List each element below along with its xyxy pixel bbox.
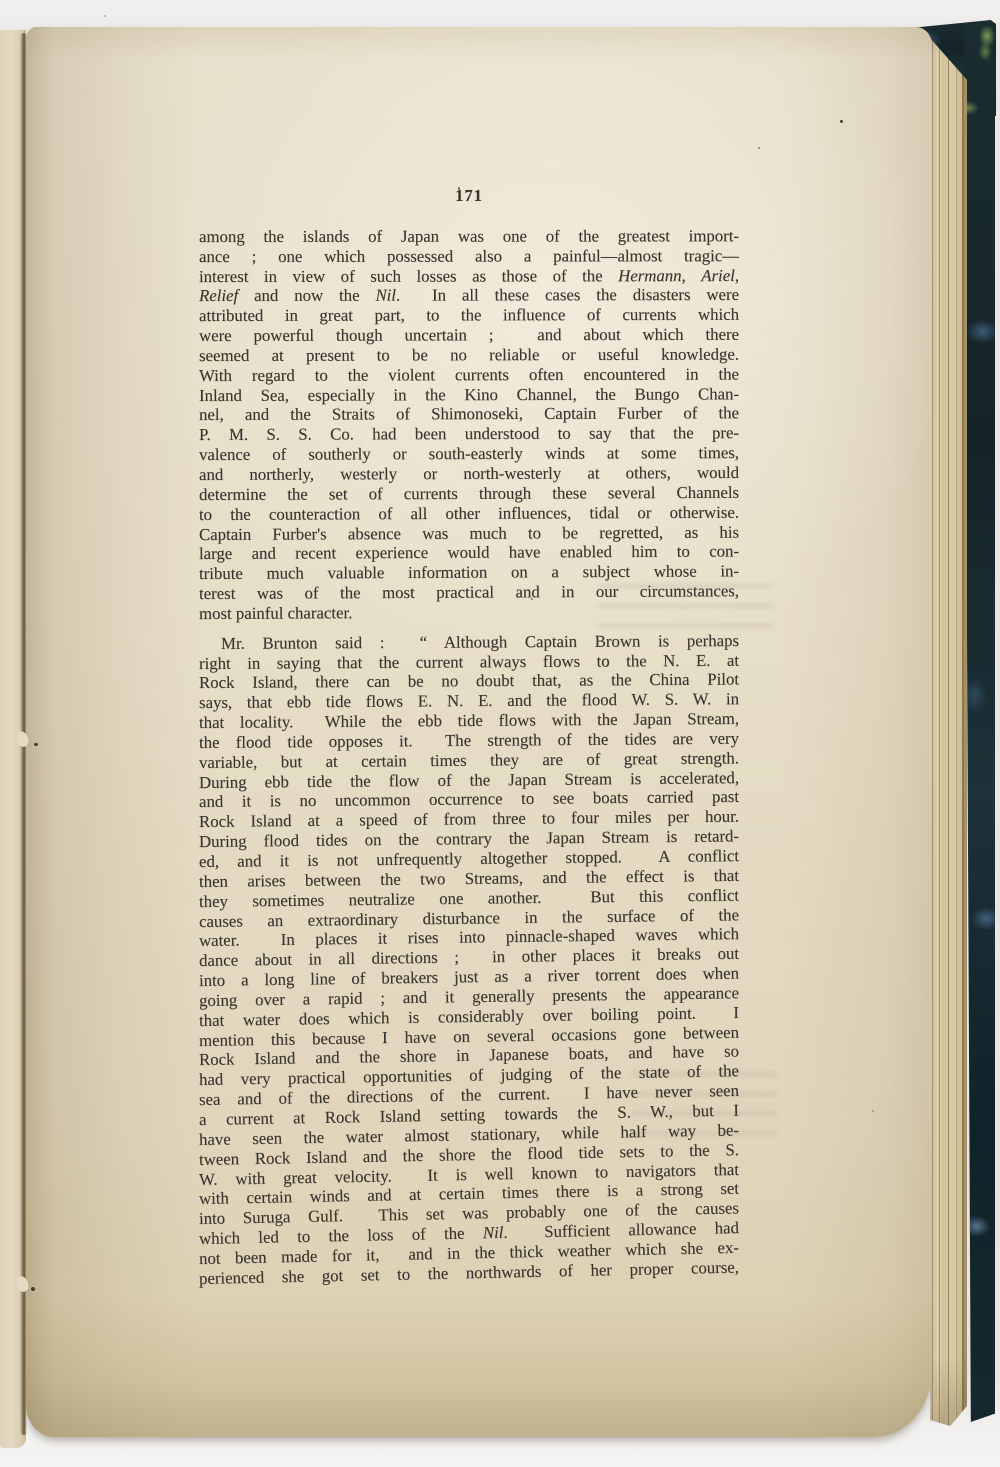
ink-speck	[458, 187, 460, 190]
paragraph: Mr. Brunton said : “ Although Captain Br…	[199, 634, 739, 1289]
text-line: nel, and the Straits of Shimonoseki, Cap…	[199, 404, 739, 426]
text-line: Relief and now the Nil. In all these cas…	[199, 285, 739, 306]
text-line: interest in view of such losses as those…	[199, 266, 739, 287]
ink-speck	[34, 743, 38, 746]
text-line: ance ; one which possessed also a painfu…	[199, 246, 739, 267]
text-line: valence of southerly or south-easterly w…	[199, 443, 739, 465]
text-line: With regard to the violent currents ofte…	[199, 364, 739, 385]
text-line: Inland Sea, especially in the Kino Chann…	[199, 384, 739, 406]
page-text: 171 among the islands of Japan was one o…	[199, 186, 739, 1289]
ink-speck	[758, 147, 760, 149]
ink-speck	[31, 1287, 35, 1291]
book-photo-scene: 171 among the islands of Japan was one o…	[0, 0, 1000, 1467]
book-cover-fore-edge	[964, 24, 995, 1422]
text-line: seemed at present to be no reliable or u…	[199, 344, 739, 365]
text-line: determine the set of currents through th…	[199, 483, 739, 505]
text-line: attributed in great part, to the influen…	[199, 305, 739, 326]
paragraph: among the islands of Japan was one of th…	[199, 227, 739, 624]
text-line: to the counteraction of all other influe…	[199, 502, 739, 524]
text-line: were powerful though uncertain ; and abo…	[199, 325, 739, 346]
text-line: most painful character.	[199, 601, 739, 624]
text-line: among the islands of Japan was one of th…	[199, 226, 739, 247]
cover-marble-fleck	[978, 26, 996, 60]
page-number: 171	[199, 186, 739, 206]
ink-speck	[840, 120, 843, 123]
page-edge-stack	[930, 28, 967, 1430]
ink-speck	[104, 15, 106, 17]
text-line: P. M. S. S. Co. had been understood to s…	[199, 423, 739, 445]
text-line: and northerly, westerly or north-westerl…	[199, 463, 739, 485]
text-line: terest was of the most practical and in …	[199, 581, 739, 604]
ink-speck	[872, 1110, 874, 1112]
ink-speck	[531, 598, 533, 600]
text-line: Mr. Brunton said : “ Although Captain Br…	[199, 631, 739, 654]
